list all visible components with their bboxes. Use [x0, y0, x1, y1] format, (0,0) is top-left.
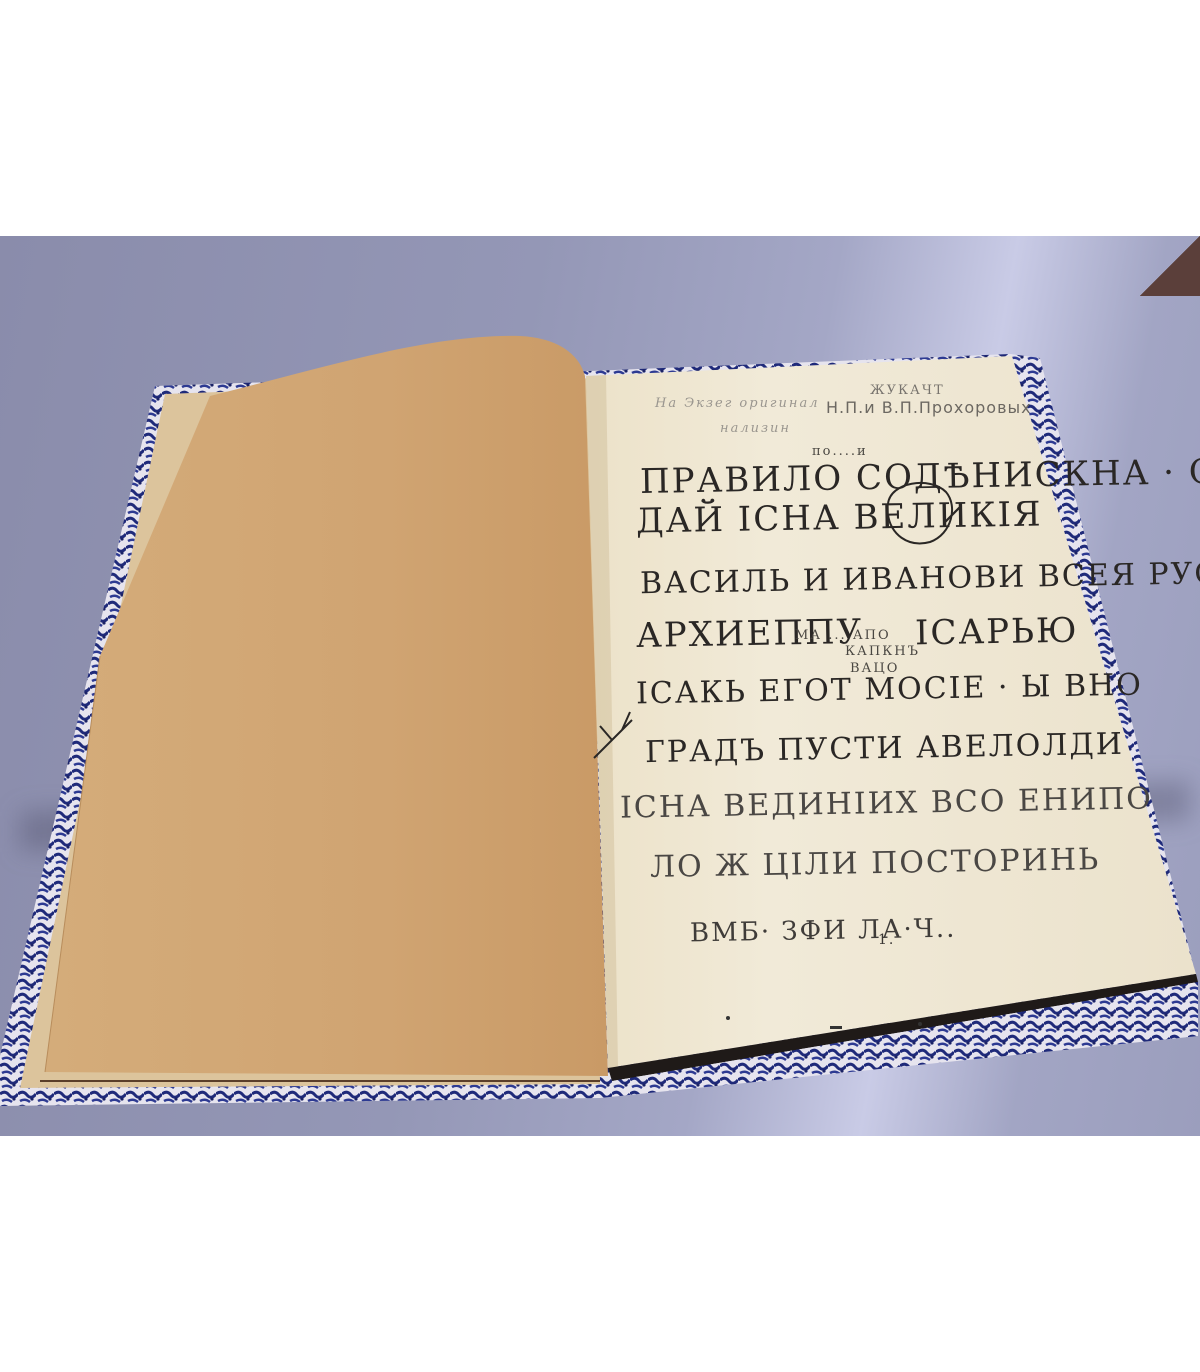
- left-page: [45, 336, 608, 1076]
- pencil-note-line2: нализин: [720, 421, 791, 436]
- line-5-superscript-1: КАПКНЪ: [845, 644, 920, 659]
- stamp-top: ЖУКАЧТ: [870, 383, 945, 398]
- handwritten-line-2: ДАЙ ІСНА ВЕЛИКІЯ: [636, 494, 1043, 541]
- handwritten-line-9: ВМБ· ЗФИ ЛА·Ч..: [690, 914, 957, 949]
- page-number: 1.: [878, 932, 895, 948]
- ink-circle-drawing: [880, 474, 960, 554]
- book-photo: На Экзег оригинал нализин ЖУКАЧТ Н.П.и В…: [0, 236, 1200, 1136]
- line-4-tail: ІСАРЬЮ: [915, 611, 1079, 654]
- line-4-inline-small: МА ... АПО: [795, 628, 891, 643]
- ownership-stamp: Н.П.и В.П.Прохоровых: [826, 398, 1032, 417]
- pencil-note-line1: На Экзег оригинал: [655, 396, 819, 411]
- line-1-superscript: по....и: [812, 444, 868, 459]
- ink-flourish: [592, 700, 642, 760]
